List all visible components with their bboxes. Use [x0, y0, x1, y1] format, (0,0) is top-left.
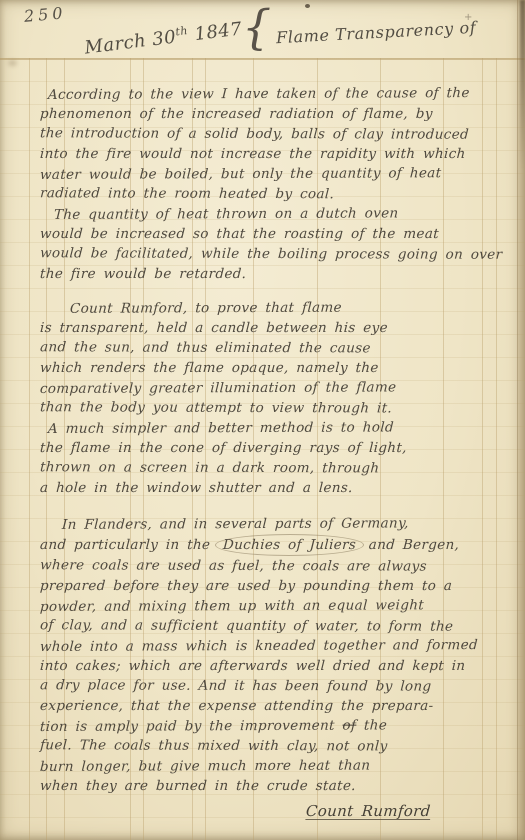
manuscript-line: than the body you attempt to view throug… — [39, 397, 488, 419]
manuscript-line: and the sun, and thus eliminated the cau… — [39, 337, 488, 359]
line-segment: tion is amply paid by the improvement — [40, 718, 343, 735]
line-segment: and Bergen, — [361, 537, 460, 553]
manuscript-line: which renders the flame opaque, namely t… — [39, 358, 488, 378]
manuscript-line: would be facilitated, while the boiling … — [39, 243, 488, 265]
date-year: 1847 — [193, 18, 243, 45]
paper-smudge — [8, 60, 17, 66]
manuscript-line: fuel. The coals thus mixed with clay, no… — [39, 735, 488, 757]
paragraph: In Flanders, and in several parts of Ger… — [40, 514, 488, 796]
date-ordinal: th — [175, 24, 189, 38]
manuscript-line: The quantity of heat thrown on a dutch o… — [39, 203, 488, 225]
ledger-rule-vertical — [29, 58, 30, 840]
manuscript-line: water would be boiled, but only the quan… — [39, 163, 488, 185]
signature-name: Count Rumford — [305, 801, 431, 821]
paragraph: A much simpler and better method is to h… — [40, 418, 488, 498]
manuscript-line: burn longer, but give much more heat tha… — [39, 755, 488, 777]
manuscript-line: when they are burned in the crude state. — [39, 776, 488, 796]
page-edge-shadow — [520, 0, 525, 170]
manuscript-line: into cakes; which are afterwards well dr… — [39, 656, 488, 676]
line-segment: and particularly in the — [40, 537, 219, 553]
manuscript-body: According to the view I have taken of th… — [40, 84, 488, 821]
ink-speck — [305, 4, 310, 8]
manuscript-line: is transparent, held a candle between hi… — [39, 318, 488, 338]
manuscript-line: the introduction of a solid body, balls … — [39, 123, 488, 145]
signature-line: Count Rumford — [40, 801, 488, 821]
line-segment: the — [356, 717, 388, 733]
struck-word: of — [342, 718, 357, 734]
manuscript-line: According to the view I have taken of th… — [39, 83, 488, 105]
manuscript-line: Count Rumford, to prove that flame — [39, 297, 488, 319]
ledger-rule-vertical — [496, 58, 497, 840]
manuscript-line: comparatively greater illumination of th… — [39, 377, 488, 399]
manuscript-line: experience, that the expense attending t… — [39, 696, 488, 716]
manuscript-page: + 250 March 30th 1847 { Flame Transparen… — [0, 0, 525, 840]
entry-title: Flame Transparency of — [276, 18, 477, 47]
pencil-oval-annotation: Duchies of Juliers — [214, 534, 364, 556]
manuscript-line: of clay, and a sufficient quantity of wa… — [39, 615, 488, 637]
manuscript-line: and particularly in the Duchies of Julie… — [39, 534, 488, 556]
manuscript-line: radiated into the room heated by coal. — [39, 183, 488, 205]
entry-date: March 30th 1847 — [83, 17, 243, 58]
manuscript-line: a dry place for use. And it has been fou… — [39, 675, 488, 697]
manuscript-line: A much simpler and better method is to h… — [39, 417, 488, 439]
manuscript-line: into the fire would not increase the rap… — [39, 144, 488, 164]
paragraphs-container: According to the view I have taken of th… — [40, 84, 488, 796]
manuscript-line: whole into a mass which is kneaded toget… — [39, 635, 488, 657]
manuscript-line: phenomenon of the increased radiation of… — [39, 104, 488, 124]
manuscript-line: where coals are used as fuel, the coals … — [39, 555, 488, 577]
page-number: 250 — [23, 3, 67, 26]
paragraph: According to the view I have taken of th… — [40, 84, 488, 204]
manuscript-line: the fire would be retarded. — [39, 264, 488, 284]
manuscript-line: In Flanders, and in several parts of Ger… — [39, 513, 488, 535]
manuscript-line: prepared before they are used by poundin… — [39, 576, 488, 596]
manuscript-line: would be increased so that the roasting … — [39, 224, 488, 244]
paragraph: The quantity of heat thrown on a dutch o… — [40, 204, 488, 284]
manuscript-line: powder, and mixing them up with an equal… — [39, 595, 488, 617]
manuscript-line: tion is amply paid by the improvement of… — [39, 715, 488, 737]
manuscript-line: the flame in the cone of diverging rays … — [39, 438, 488, 458]
manuscript-line: a hole in the window shutter and a lens. — [39, 478, 488, 498]
header-brace: { — [242, 4, 271, 51]
manuscript-line: thrown on a screen in a dark room, throu… — [39, 457, 488, 479]
paragraph: Count Rumford, to prove that flameis tra… — [40, 298, 488, 418]
date-prefix: March 30 — [83, 27, 177, 59]
ledger-rule-top — [0, 58, 525, 60]
